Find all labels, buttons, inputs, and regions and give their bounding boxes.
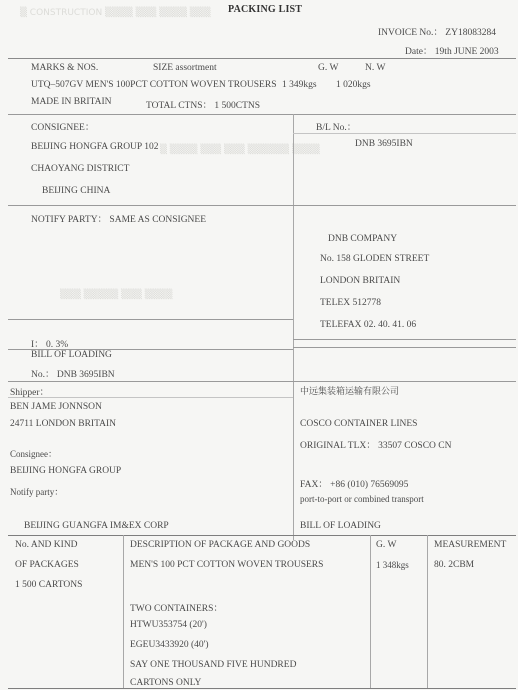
bill-of-loading-title: BILL OF LOADING <box>300 521 381 531</box>
notify-company-line: LONDON BRITAIN <box>320 276 400 286</box>
consignee-label: CONSIGNEE： <box>31 119 94 133</box>
background-watermark: ▒ ▒▒▒▒ ▒▒▒ ▒▒▒ ▒▒▒▒▒▒ ▒▒▒▒ <box>160 145 320 155</box>
gw-value: 1 349kgs <box>282 80 317 90</box>
table-column-divider <box>427 535 428 688</box>
packages-header: OF PACKAGES <box>15 560 79 570</box>
divider <box>8 397 293 398</box>
notify-company-line: TELEX 512778 <box>320 298 381 308</box>
table-column-divider <box>123 535 124 688</box>
carrier-fax: FAX： +86 (010) 76569095 <box>300 476 408 490</box>
carrier-tlx: ORIGINAL TLX： 33507 COSCO CN <box>300 437 451 451</box>
divider <box>8 688 516 689</box>
bl-number: DNB 3695IBN <box>355 139 413 149</box>
gw-label: G. W <box>318 63 338 73</box>
consignee-name: BEIJING HONGFA GROUP <box>10 466 121 476</box>
invoice-date: Date： 19th JUNE 2003 <box>405 43 499 57</box>
total-cartons: TOTAL CTNS： 1 500CTNS <box>146 97 260 111</box>
invoice-number: INVOICE No.： ZY18083284 <box>378 24 496 38</box>
packages-value: 1 500 CARTONS <box>15 580 82 590</box>
divider <box>8 535 516 536</box>
background-watermark: ▒ CONSTRUCTION ▒▒▒▒ ▒▒▒ ▒▒▒▒ ▒▒▒ <box>20 8 211 18</box>
divider <box>293 133 516 134</box>
consignee-line: BEIJING HONGFA GROUP 102 <box>31 142 158 152</box>
divider <box>8 58 516 59</box>
consignee-line: BEIJING CHINA <box>42 186 110 196</box>
packages-header: No. AND KIND <box>15 540 78 550</box>
consignee-label: Consignee： <box>10 447 57 460</box>
bill-of-loading-number: No.： DNB 3695IBN <box>31 366 115 380</box>
container-number: HTWU353754 (20') <box>130 620 207 630</box>
description-header: DESCRIPTION OF PACKAGE AND GOODS <box>130 540 310 550</box>
shipper-name: BEN JAME JONNSON <box>10 402 102 412</box>
description-value: MEN'S 100 PCT COTTON WOVEN TROUSERS <box>130 560 323 570</box>
carrier-chinese-name: 中远集装箱运输有限公司 <box>300 384 399 397</box>
insurance-rate: I： 0. 3% <box>31 336 68 350</box>
packing-list-page: ▒ CONSTRUCTION ▒▒▒▒ ▒▒▒ ▒▒▒▒ ▒▒▒ ▒ ▒▒▒▒ … <box>0 0 518 690</box>
amount-in-words: SAY ONE THOUSAND FIVE HUNDRED <box>130 660 296 670</box>
measurement-value: 80. 2CBM <box>434 560 474 570</box>
divider <box>8 381 516 382</box>
shipper-address: 24711 LONDON BRITAIN <box>10 419 116 429</box>
bl-label: B/L No.： <box>316 119 356 133</box>
notify-company: DNB COMPANY <box>328 234 397 244</box>
divider <box>293 347 516 348</box>
notify-party: NOTIFY PARTY： SAME AS CONSIGNEE <box>31 211 206 225</box>
document-title: PACKING LIST <box>228 4 302 15</box>
notify-company-line: TELEFAX 02. 40. 41. 06 <box>320 320 416 330</box>
nw-value: 1 020kgs <box>336 80 371 90</box>
bill-of-loading-label: BILL OF LOADING <box>31 350 112 360</box>
gw-value: 1 348kgs <box>376 560 409 570</box>
transport-type: port-to-port or combined transport <box>300 494 424 504</box>
amount-in-words: CARTONS ONLY <box>130 678 201 688</box>
measurement-header: MEASUREMENT <box>434 540 506 550</box>
table-column-divider <box>370 535 371 688</box>
consignee-line: CHAOYANG DISTRICT <box>31 164 129 174</box>
divider <box>8 319 293 320</box>
nw-label: N. W <box>365 63 385 73</box>
shipper-label: Shipper： <box>10 384 49 398</box>
notify-party-label: Notify party： <box>10 485 63 498</box>
marks-label: MARKS & NOS. <box>31 63 98 73</box>
background-watermark: ▒▒▒ ▒▒▒▒▒ ▒▒▒ ▒▒▒▒ <box>60 290 172 300</box>
column-divider <box>293 114 294 540</box>
size-label: SIZE assortment <box>153 63 217 73</box>
divider <box>8 205 516 206</box>
gw-header: G. W <box>376 540 396 550</box>
container-number: EGEU3433920 (40') <box>130 640 209 650</box>
containers-label: TWO CONTAINERS： <box>130 600 223 614</box>
notify-party-name: BEIJING GUANGFA IM&EX CORP <box>24 521 169 531</box>
divider <box>8 114 516 115</box>
product-description: UTQ–507GV MEN'S 100PCT COTTON WOVEN TROU… <box>31 80 276 90</box>
origin: MADE IN BRITAIN <box>31 97 112 107</box>
notify-company-line: No. 158 GLODEN STREET <box>320 254 429 264</box>
divider <box>293 339 516 340</box>
carrier-name: COSCO CONTAINER LINES <box>300 419 417 429</box>
